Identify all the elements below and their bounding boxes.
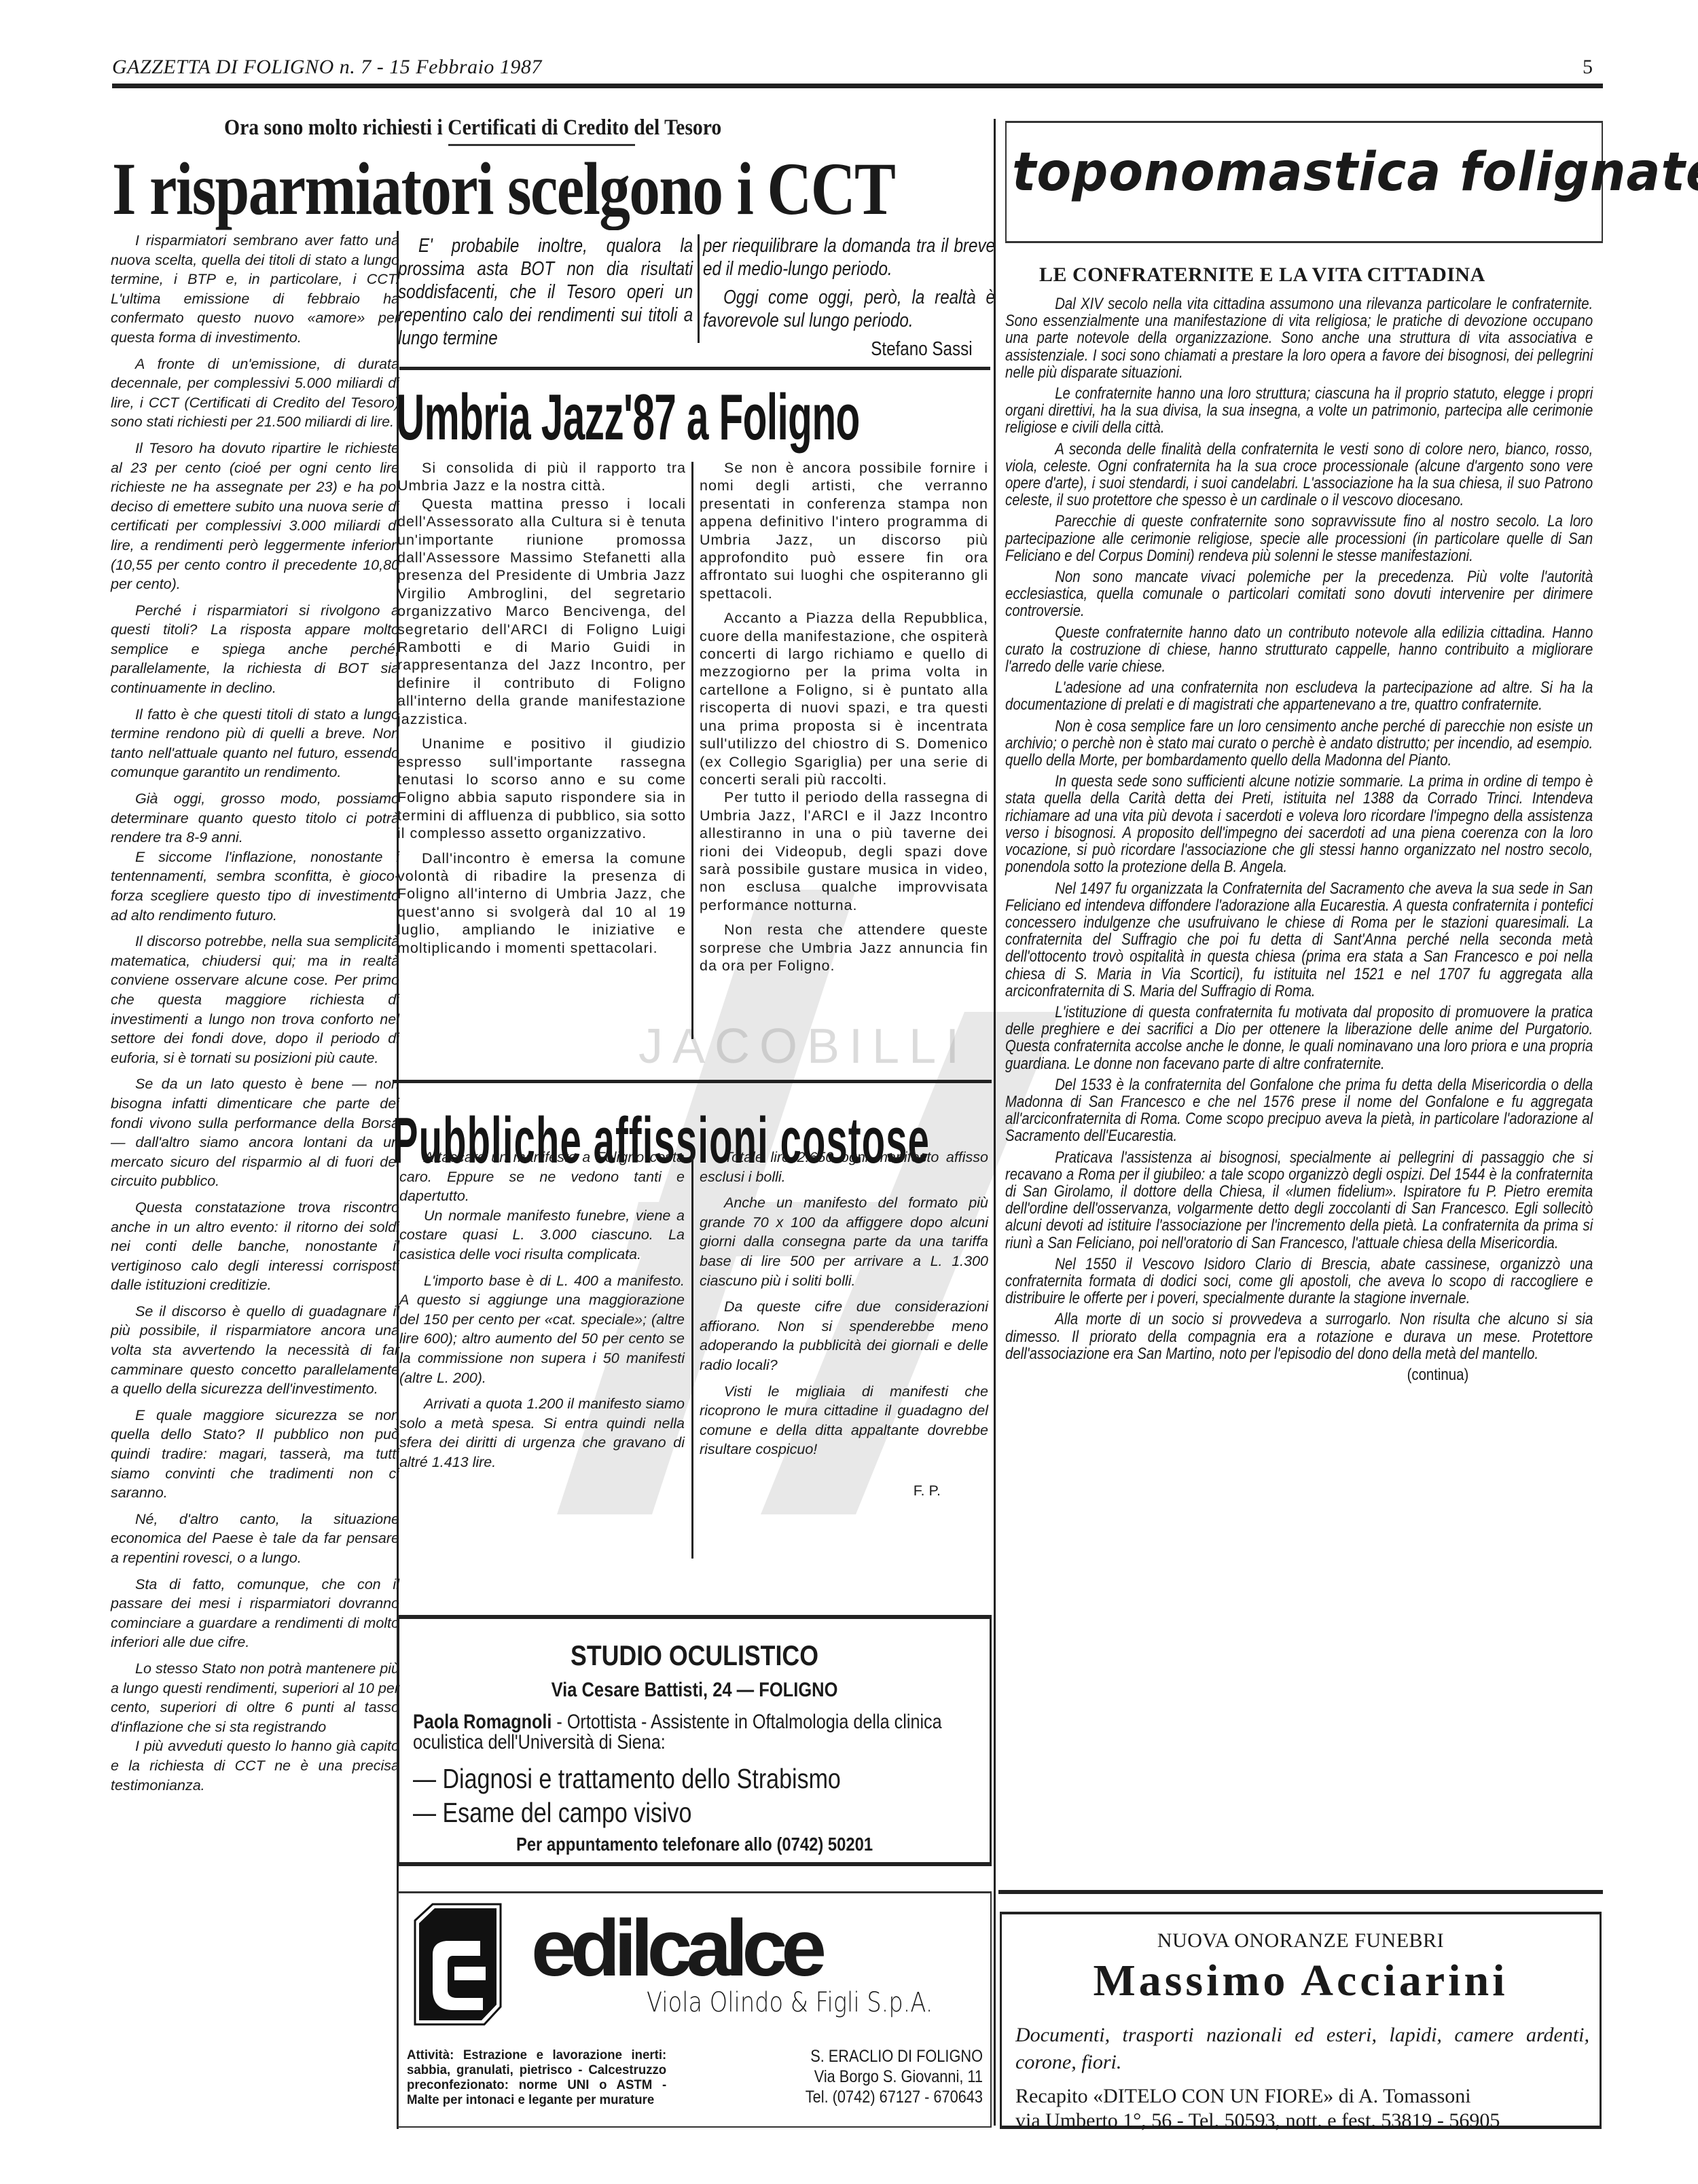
article-cct-body: I risparmiatori sembrano aver fatto una … [111, 231, 399, 1802]
paragraph: Il discorso potrebbe, nella sua semplici… [111, 932, 399, 1068]
ad-services: Documenti, trasporti nazionali ed esteri… [1015, 2022, 1589, 2076]
article-cct-continuation-right: per riequilibrare la domanda tra il brev… [703, 234, 995, 366]
paragraph: Queste confraternite hanno dato un contr… [1005, 624, 1593, 676]
ad-address: Via Cesare Battisti, 24 — FOLIGNO [444, 1679, 945, 1702]
paragraph: Totale lire 2.650 ogni manifesto affisso… [700, 1148, 988, 1186]
paragraph: L'adesione ad una confraternita non escl… [1005, 679, 1593, 713]
service-item: — Diagnosi e trattamento dello Strabismo [413, 1762, 988, 1796]
paragraph: Se il discorso è quello di guadagnare il… [111, 1302, 399, 1399]
article-affissioni-col2: Totale lire 2.650 ogni manifesto affisso… [700, 1148, 988, 1508]
edilcalce-logo-icon [412, 1901, 504, 2027]
author-signature: Stefano Sassi [703, 338, 973, 361]
article-affissioni-col1: Attaccare un manifesto a Foligno costa c… [399, 1148, 685, 1479]
paragraph: Se da un lato questo è bene — non bisogn… [111, 1074, 399, 1191]
section-rule [998, 1890, 1603, 1894]
ad-studio-oculistico: STUDIO OCULISTICO Via Cesare Battisti, 2… [397, 1615, 992, 1866]
contact-line: Recapito «DITELO CON UN FIORE» di A. Tom… [1015, 2084, 1593, 2109]
toponomastica-title: toponomastica folignate [1012, 142, 1698, 203]
page-number: 5 [1583, 56, 1593, 79]
paragraph: Arrivati a quota 1.200 il manifesto siam… [399, 1394, 685, 1472]
paragraph: Anche un manifesto del formato più grand… [700, 1193, 988, 1290]
paragraph: A fronte di un'emissione, di durata dece… [111, 354, 399, 432]
continued-marker: (continua) [1005, 1366, 1468, 1383]
contact-line: via Umberto 1°, 56 - Tel. 50593, nott. e… [1015, 2109, 1593, 2133]
article-cct-continuation-left: E' probabile inoltre, qualora la prossim… [398, 234, 693, 350]
paragraph: E quale maggiore sicurezza se non quella… [111, 1406, 399, 1503]
column-rule [994, 119, 996, 2126]
edilcalce-address: S. ERACLIO DI FOLIGNO Via Borgo S. Giova… [788, 2046, 983, 2107]
paragraph: Le confraternite hanno una loro struttur… [1005, 385, 1593, 437]
paragraph: I risparmiatori sembrano aver fatto una … [111, 231, 399, 348]
paragraph: Nel 1550 il Vescovo Isidoro Clario di Br… [1005, 1256, 1593, 1307]
confraternite-headline: LE CONFRATERNITE E LA VITA CITTADINA [1039, 263, 1485, 287]
paragraph: Non resta che attendere queste sorprese … [700, 921, 988, 975]
paragraph: Accanto a Piazza della Repubblica, cuore… [700, 609, 988, 788]
author-signature: F. P. [700, 1481, 941, 1501]
ad-onoranze-funebri: NUOVA ONORANZE FUNEBRI Massimo Acciarini… [1000, 1912, 1602, 2129]
practitioner-name: Paola Romagnoli [413, 1711, 552, 1733]
paragraph: Parecchie di queste confraternite sono s… [1005, 513, 1593, 564]
paragraph: Sta di fatto, comunque, che con il passa… [111, 1575, 399, 1652]
paragraph: Un normale manifesto funebre, viene a co… [399, 1206, 685, 1264]
paragraph: Si consolida di più il rapporto tra Umbr… [397, 459, 686, 495]
confraternite-body: Dal XIV secolo nella vita cittadina assu… [1005, 295, 1593, 1387]
paragraph: L'istituzione di questa confraternita fu… [1005, 1004, 1593, 1072]
paragraph: Per tutto il periodo della rassegna di U… [700, 788, 988, 914]
paragraph: Il Tesoro ha dovuto ripartire le richies… [111, 439, 399, 594]
paragraph: Non è cosa semplice fare un loro censime… [1005, 718, 1593, 769]
section-rule [399, 367, 990, 370]
paragraph: Il fatto è che questi titoli di stato a … [111, 705, 399, 782]
paragraph: E' probabile inoltre, qualora la prossim… [398, 234, 693, 350]
paragraph: Questa mattina presso i locali dell'Asse… [397, 495, 686, 728]
address-line: S. ERACLIO DI FOLIGNO [788, 2046, 983, 2067]
ad-business-name: Massimo Acciarini [1002, 1955, 1600, 2007]
paragraph: Questa constatazione trova riscontro anc… [111, 1198, 399, 1295]
paragraph: Nel 1497 fu organizzata la Confraternita… [1005, 880, 1593, 1000]
paragraph: A seconda delle finalità della confrater… [1005, 441, 1593, 509]
article-jazz-col1: Si consolida di più il rapporto tra Umbr… [397, 459, 686, 964]
paragraph: L'importo base è di L. 400 a manifesto. … [399, 1271, 685, 1388]
paragraph: Già oggi, grosso modo, possiamo determin… [111, 789, 399, 848]
article-cct-kicker: Ora sono molto richiesti i Certificati d… [224, 115, 721, 141]
paragraph: In questa sede sono sufficienti alcune n… [1005, 773, 1593, 875]
header-rule [112, 84, 1603, 88]
service-item: — Esame del campo visivo [413, 1796, 988, 1830]
edilcalce-company: Viola Olindo & Figli S.p.A. [647, 1987, 933, 2018]
paragraph: Dal XIV secolo nella vita cittadina assu… [1005, 295, 1593, 381]
paragraph: Del 1533 è la confraternita del Gonfalon… [1005, 1076, 1593, 1145]
section-rule [393, 1080, 992, 1083]
paragraph: Né, d'altro canto, la situazione economi… [111, 1510, 399, 1568]
watermark-text: JACOBILLI [638, 1019, 969, 1074]
paragraph: Perché i risparmiatori si rivolgono a qu… [111, 601, 399, 698]
column-rule [691, 462, 693, 1039]
toponomastica-banner: toponomastica folignate [1005, 121, 1603, 243]
paragraph: Visti le migliaia di manifesti che ricop… [700, 1382, 988, 1459]
paragraph: Da queste cifre due considerazioni affio… [700, 1297, 988, 1375]
paragraph: per riequilibrare la domanda tra il brev… [703, 234, 995, 280]
column-rule [698, 234, 700, 343]
paragraph: Oggi come oggi, però, la realtà è favore… [703, 286, 995, 332]
paragraph: Dall'incontro è emersa la comune volontà… [397, 850, 686, 957]
paragraph: Lo stesso Stato non potrà mantenere più … [111, 1659, 399, 1736]
article-jazz-col2: Se non è ancora possibile fornire i nomi… [700, 459, 988, 981]
edilcalce-activities: Attività: Estrazione e lavorazione inert… [407, 2048, 666, 2108]
paragraph: Attaccare un manifesto a Foligno costa c… [399, 1148, 685, 1206]
paragraph: Alla morte di un socio si provvedeva a s… [1005, 1311, 1593, 1362]
ad-contact: Recapito «DITELO CON UN FIORE» di A. Tom… [1015, 2084, 1593, 2133]
ad-services-list: — Diagnosi e trattamento dello Strabismo… [413, 1762, 988, 1830]
edilcalce-brand: edilcalce [531, 1908, 820, 1988]
ad-kicker: NUOVA ONORANZE FUNEBRI [1002, 1929, 1600, 1952]
running-head: GAZZETTA DI FOLIGNO n. 7 - 15 Febbraio 1… [112, 56, 542, 79]
ad-phone-line: Per appuntamento telefonare allo (0742) … [444, 1834, 945, 1855]
paragraph: I più avveduti questo lo hanno già capit… [111, 1736, 399, 1795]
kicker-rule [448, 144, 635, 146]
paragraph: Non sono mancate vivaci polemiche per la… [1005, 568, 1593, 620]
article-jazz-headline: Umbria Jazz'87 a Foligno [396, 380, 860, 455]
paragraph: Unanime e positivo il giudizio espresso … [397, 735, 686, 842]
column-rule [691, 1158, 693, 1559]
paragraph: Se non è ancora possibile fornire i nomi… [700, 459, 988, 602]
address-line: Tel. (0742) 67127 - 670643 [788, 2087, 983, 2107]
ad-title: STUDIO OCULISTICO [444, 1639, 945, 1672]
article-cct-headline: I risparmiatori scelgono i CCT [112, 148, 895, 230]
paragraph: E siccome l'inflazione, nonostante i ten… [111, 848, 399, 925]
ad-practitioner: Paola Romagnoli - Ortottista - Assistent… [413, 1712, 983, 1753]
ad-edilcalce: edilcalce Viola Olindo & Figli S.p.A. At… [397, 1891, 992, 2128]
paragraph: Praticava l'assistenza ai bisognosi, spe… [1005, 1149, 1593, 1252]
address-line: Via Borgo S. Giovanni, 11 [788, 2067, 983, 2087]
